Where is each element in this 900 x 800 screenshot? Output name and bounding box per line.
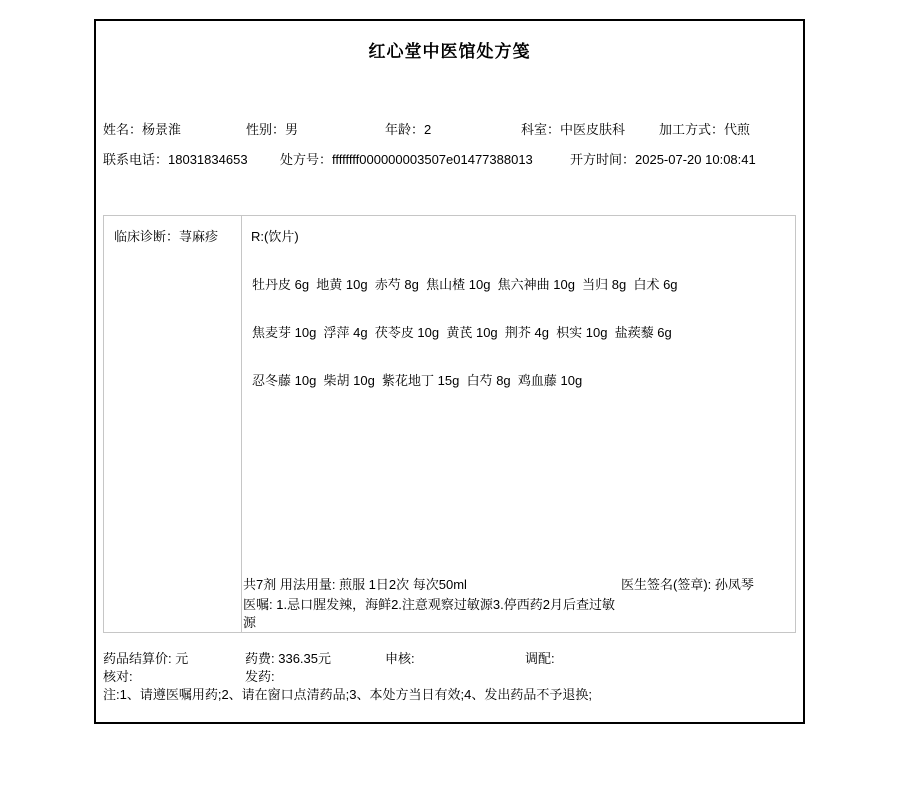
patient-name-field: 姓名：杨景淮 xyxy=(103,122,181,138)
patient-gender-field: 性别：男 xyxy=(246,122,298,138)
patient-department-label: 科室： xyxy=(521,122,560,137)
doctor-advice: 医嘱: 1.忌口腥发辣，海鲜2.注意观察过敏源3.停西药2月后查过敏源 xyxy=(243,596,625,632)
settlement-price-field: 药品结算价: 元 xyxy=(103,651,188,667)
prescription-sheet: 红心堂中医馆处方笺 姓名：杨景淮 性别：男 年龄：2 科室：中医皮肤科 加工方式… xyxy=(94,19,805,724)
check-label: 核对: xyxy=(103,669,136,684)
patient-gender-value: 男 xyxy=(285,122,298,137)
prescription-table: 临床诊断：荨麻疹 R:(饮片) 牡丹皮 6g 地黄 10g 赤芍 8g 焦山楂 … xyxy=(103,215,796,633)
patient-age-label: 年龄： xyxy=(385,122,424,137)
patient-age-field: 年龄：2 xyxy=(385,122,431,138)
settlement-price-value: 元 xyxy=(175,651,188,666)
patient-age-value: 2 xyxy=(424,122,431,137)
dispense-label: 发药: xyxy=(245,669,278,684)
dispensing-prep-field: 调配: xyxy=(525,651,558,667)
processing-method-label: 加工方式： xyxy=(659,122,724,137)
check-field: 核对: xyxy=(103,669,136,685)
patient-name-value: 杨景淮 xyxy=(142,122,181,137)
patient-department-field: 科室：中医皮肤科 xyxy=(521,122,625,138)
clinical-diagnosis-value: 荨麻疹 xyxy=(179,229,218,244)
rx-header: R:(饮片) xyxy=(251,229,299,245)
contact-phone-value: 18031834653 xyxy=(168,152,248,167)
patient-name-label: 姓名： xyxy=(103,122,142,137)
doctor-signature-value: 孙凤琴 xyxy=(715,577,754,592)
herb-row: 忍冬藤 10g 柴胡 10g 紫花地丁 15g 白芍 8g 鸡血藤 10g xyxy=(252,373,582,389)
prescription-time-label: 开方时间： xyxy=(570,152,635,167)
dosage-usage: 共7剂 用法用量: 煎服 1日2次 每次50ml xyxy=(243,577,467,593)
prescription-number-value: ffffffff000000003507e01477388013 xyxy=(332,152,533,167)
medicine-fee-label: 药费: xyxy=(245,651,278,666)
doctor-signature: 医生签名(签章): 孙凤琴 xyxy=(621,577,754,593)
herb-row: 牡丹皮 6g 地黄 10g 赤芍 8g 焦山楂 10g 焦六神曲 10g 当归 … xyxy=(252,277,678,293)
medicine-fee-value: 336.35元 xyxy=(278,651,331,666)
processing-method-field: 加工方式：代煎 xyxy=(659,122,750,138)
patient-gender-label: 性别： xyxy=(246,122,285,137)
clinical-diagnosis: 临床诊断：荨麻疹 xyxy=(114,229,218,245)
doctor-signature-label: 医生签名(签章): xyxy=(621,577,715,592)
review-label: 申核: xyxy=(385,651,418,666)
medicine-fee-field: 药费: 336.35元 xyxy=(245,651,331,667)
page-title: 红心堂中医馆处方笺 xyxy=(96,37,803,62)
patient-department-value: 中医皮肤科 xyxy=(560,122,625,137)
prescription-time-field: 开方时间：2025-07-20 10:08:41 xyxy=(570,152,756,168)
prescription-number-field: 处方号：ffffffff000000003507e01477388013 xyxy=(280,152,533,168)
review-field: 申核: xyxy=(385,651,418,667)
dispense-field: 发药: xyxy=(245,669,278,685)
page-background: { "title": "红心堂中医馆处方笺", "patient_row1": … xyxy=(0,0,900,800)
clinical-diagnosis-label: 临床诊断： xyxy=(114,229,179,244)
table-divider xyxy=(241,216,242,632)
contact-phone-field: 联系电话：18031834653 xyxy=(103,152,248,168)
settlement-price-label: 药品结算价: xyxy=(103,651,175,666)
prescription-number-label: 处方号： xyxy=(280,152,332,167)
footer-note: 注:1、请遵医嘱用药;2、请在窗口点清药品;3、本处方当日有效;4、发出药品不予… xyxy=(103,687,592,703)
herb-row: 焦麦芽 10g 浮萍 4g 茯苓皮 10g 黄芪 10g 荆芥 4g 枳实 10… xyxy=(252,325,672,341)
contact-phone-label: 联系电话： xyxy=(103,152,168,167)
processing-method-value: 代煎 xyxy=(724,122,750,137)
prescription-time-value: 2025-07-20 10:08:41 xyxy=(635,152,756,167)
dispensing-prep-label: 调配: xyxy=(525,651,558,666)
